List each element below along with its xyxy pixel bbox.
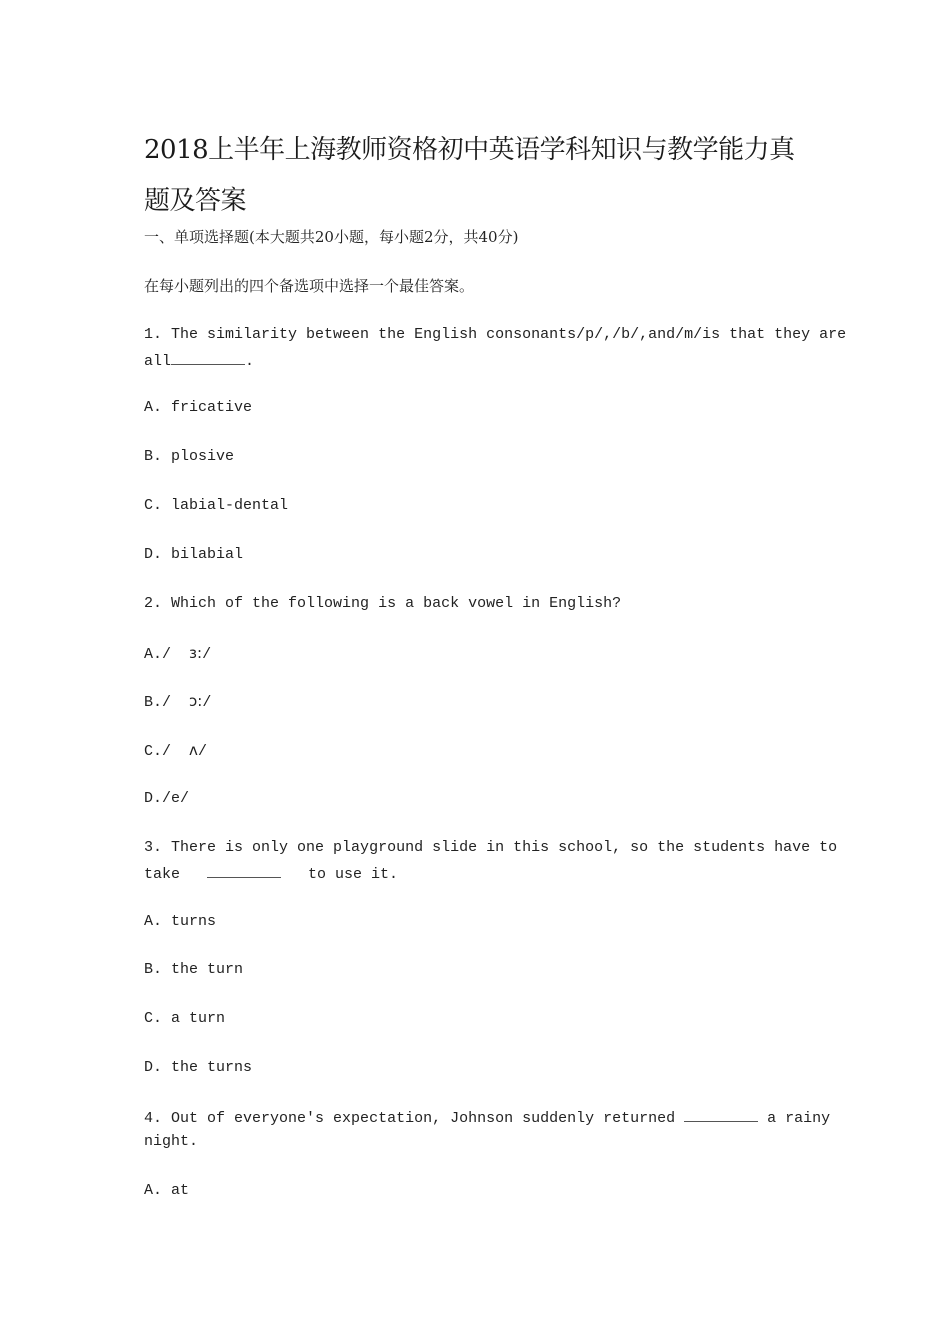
option-2c: C./ ʌ/ [144,740,207,762]
document-page: 2018上半年上海教师资格初中英语学科知识与教学能力真 题及答案 一、单项选择题… [0,0,950,1344]
option-text: the turn [171,961,243,978]
option-3c: C. a turn [144,1009,225,1029]
option-text: / [162,743,171,760]
option-3a: A. turns [144,912,216,932]
option-1a: A. fricative [144,398,252,418]
document-title-line-2: 题及答案 [144,180,824,217]
option-label: A. [144,646,162,663]
option-text: plosive [171,448,234,465]
ipa-symbol: ɜ: [189,644,202,662]
question-text: . [245,353,254,370]
answer-blank [684,1107,758,1122]
question-text: a rainy [767,1110,830,1127]
option-text: / [198,743,207,760]
question-number: 2. [144,595,162,612]
question-text: Which of the following is a back vowel i… [171,595,621,612]
option-label: D. [144,546,162,563]
option-text: / [162,646,171,663]
question-text: to use it. [308,866,398,883]
option-4a: A. at [144,1181,189,1201]
option-label: C. [144,497,162,514]
option-label: A. [144,1182,162,1199]
option-label: D. [144,790,162,807]
option-1c: C. labial-dental [144,496,288,516]
question-4-stem: 4. Out of everyone's expectation, Johnso… [144,1107,830,1129]
option-text: at [171,1182,189,1199]
option-label: B. [144,448,162,465]
question-text: Out of everyone's expectation, Johnson s… [171,1110,675,1127]
option-2d: D./e/ [144,789,189,809]
option-text: fricative [171,399,252,416]
section-heading: 一、单项选择题(本大题共20小题，每小题2分，共40分) [144,227,518,247]
option-text: turns [171,913,216,930]
option-text: /e/ [162,790,189,807]
option-1b: B. plosive [144,447,234,467]
option-text: / [202,646,211,663]
option-label: C. [144,1010,162,1027]
option-3d: D. the turns [144,1058,252,1078]
option-label: D. [144,1059,162,1076]
answer-blank [171,350,245,365]
question-4-stem-line-2: night. [144,1132,198,1152]
question-2-stem: 2. Which of the following is a back vowe… [144,594,621,614]
option-2b: B./ ɔ:/ [144,691,211,713]
option-text: bilabial [171,546,243,563]
option-2a: A./ ɜ:/ [144,643,211,665]
option-label: A. [144,399,162,416]
option-text: / [202,694,211,711]
option-text: labial-dental [171,497,288,514]
option-3b: B. the turn [144,960,243,980]
option-label: C. [144,743,162,760]
option-text: the turns [171,1059,252,1076]
question-text: take [144,866,180,883]
question-text: The similarity between the English conso… [171,326,846,343]
question-text: all [144,353,171,370]
question-1-stem-line-2: all. [144,350,254,372]
question-3-stem: 3. There is only one playground slide in… [144,838,837,858]
option-label: A. [144,913,162,930]
question-number: 1. [144,326,162,343]
document-title-line-1: 2018上半年上海教师资格初中英语学科知识与教学能力真 [144,129,824,166]
option-text: a turn [171,1010,225,1027]
option-label: B. [144,694,162,711]
option-1d: D. bilabial [144,545,243,565]
ipa-symbol: ʌ [189,741,198,759]
answer-blank [207,863,281,878]
question-1-stem: 1. The similarity between the English co… [144,325,846,345]
question-number: 4. [144,1110,162,1127]
question-number: 3. [144,839,162,856]
ipa-symbol: ɔ: [189,692,202,710]
option-text: / [162,694,171,711]
question-text: There is only one playground slide in th… [171,839,837,856]
option-label: B. [144,961,162,978]
instruction-text: 在每小题列出的四个备选项中选择一个最佳答案。 [144,276,474,296]
question-3-stem-line-2: take to use it. [144,863,398,885]
